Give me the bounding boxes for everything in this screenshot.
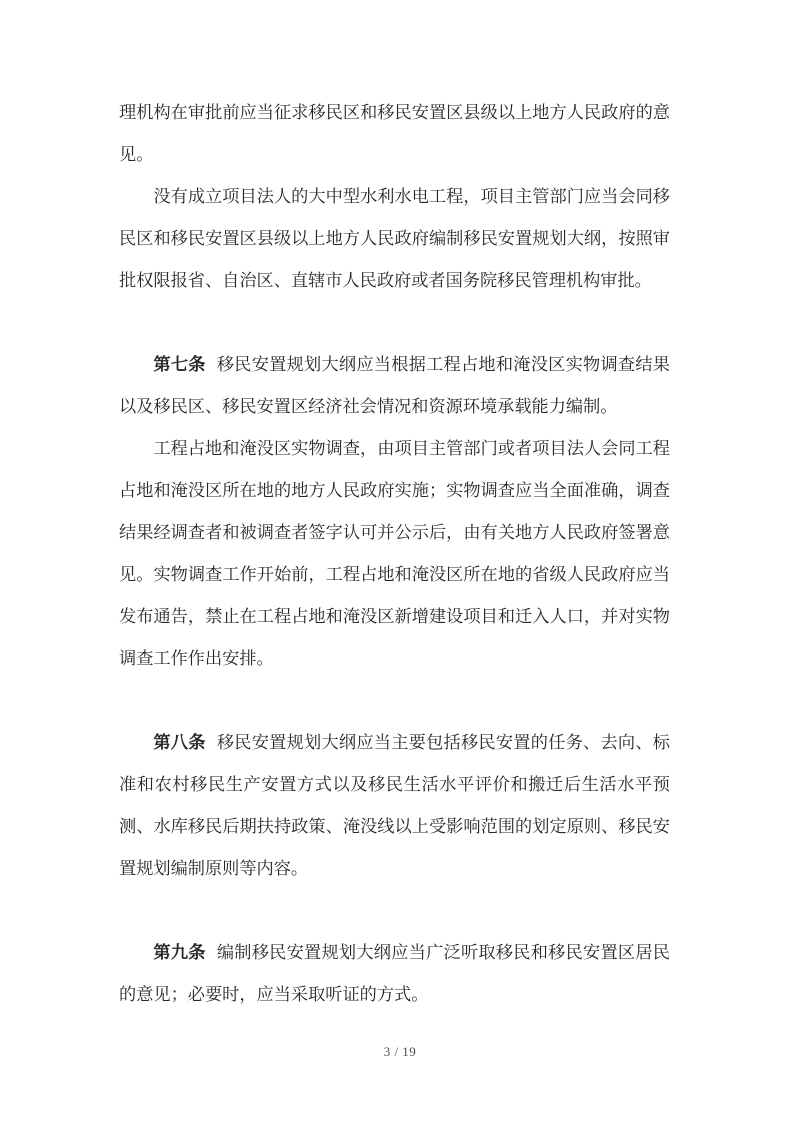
paragraph-continued: 理机构在审批前应当征求移民区和移民安置区县级以上地方人民政府的意见。 [119, 92, 670, 176]
paragraph: 没有成立项目法人的大中型水利水电工程，项目主管部门应当会同移民区和移民安置区县级… [119, 176, 670, 302]
blank-line [119, 680, 670, 722]
document-page: 理机构在审批前应当征求移民区和移民安置区县级以上地方人民政府的意见。 没有成立项… [0, 0, 800, 1132]
blank-line [119, 302, 670, 344]
page-number: 3 / 19 [384, 1044, 417, 1059]
article-paragraph-eight: 第八条移民安置规划大纲应当主要包括移民安置的任务、去向、标准和农村移民生产安置方… [119, 722, 670, 890]
document-body: 理机构在审批前应当征求移民区和移民安置区县级以上地方人民政府的意见。 没有成立项… [119, 92, 670, 1016]
article-paragraph-nine: 第九条编制移民安置规划大纲应当广泛听取移民和移民安置区居民的意见；必要时，应当采… [119, 932, 670, 1016]
article-nine-number: 第九条 [153, 943, 205, 962]
article-eight-text: 移民安置规划大纲应当主要包括移民安置的任务、去向、标准和农村移民生产安置方式以及… [119, 733, 670, 878]
article-seven-number: 第七条 [153, 355, 205, 374]
article-eight-number: 第八条 [153, 733, 205, 752]
paragraph: 工程占地和淹没区实物调查，由项目主管部门或者项目法人会同工程占地和淹没区所在地的… [119, 428, 670, 680]
blank-line [119, 890, 670, 932]
article-paragraph-seven: 第七条移民安置规划大纲应当根据工程占地和淹没区实物调查结果以及移民区、移民安置区… [119, 344, 670, 428]
page-footer: 3 / 19 [0, 1043, 800, 1061]
